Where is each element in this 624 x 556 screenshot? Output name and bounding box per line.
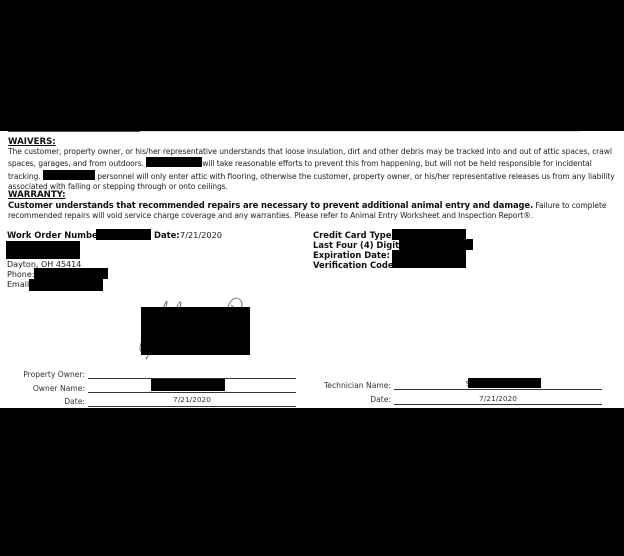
waivers-line-4: associated with falling or stepping thro… [8,182,620,192]
document-page: WAIVERS: The customer, property owner, o… [0,131,624,408]
redacted-company-name [43,170,95,180]
redacted-customer-name [6,241,80,259]
warranty-paragraph: Customer understands that recommended re… [8,200,620,222]
redacted-expiration-verification [392,250,466,268]
waivers-text: will take reasonable efforts to prevent … [202,159,592,168]
last-four-digits-label: Last Four (4) Digits: [313,240,407,250]
technician-name-line [394,389,602,390]
redacted-technician-name [468,378,541,388]
warranty-text: Failure to complete [533,201,606,210]
waivers-text: spaces, garages, and from outdoors. [8,159,144,168]
phone-label: Phone: [7,270,34,279]
waivers-text: tracking. [8,172,41,181]
redacted-email [29,279,103,291]
owner-date-line [88,406,296,407]
waivers-line-2: spaces, garages, and from outdoors. will… [8,157,620,169]
redacted-phone [34,268,108,279]
work-order-number-label: Work Order Number: [7,230,105,240]
date-value: 7/21/2020 [180,230,222,240]
redacted-signature [141,307,250,355]
redacted-work-order-number [96,229,151,240]
warranty-bold-text: Customer understands that recommended re… [8,200,533,210]
warranty-title: WARRANTY: [8,190,66,200]
property-owner-label: Property Owner: [8,370,85,379]
technician-date-value: 7/21/2020 [394,394,602,403]
technician-date-label: Date: [312,395,391,404]
owner-name-label: Owner Name: [8,384,85,393]
waivers-title: WAIVERS: [8,137,56,147]
waivers-paragraph: The customer, property owner, or his/her… [8,147,620,193]
redacted-owner-name [151,379,225,391]
owner-name-line [88,392,296,393]
verification-code-label: Verification Code: [313,260,397,270]
technician-date-line [394,404,602,405]
expiration-date-label: Expiration Date: [313,250,390,260]
technician-name-label: Technician Name: [312,381,391,390]
waivers-line-1: The customer, property owner, or his/her… [8,147,620,157]
warranty-line-2: recommended repairs will void service ch… [8,211,620,221]
waivers-line-3: tracking. personnel will only enter atti… [8,170,620,182]
owner-date-value: 7/21/2020 [88,395,296,404]
redacted-company-name [146,157,202,167]
redacted-last-four-digits [399,239,473,250]
warranty-line-1: Customer understands that recommended re… [8,200,620,211]
owner-date-label: Date: [8,397,85,406]
waivers-text: personnel will only enter attic with flo… [97,172,614,181]
credit-card-type-label: Credit Card Type: [313,230,395,240]
cut-off-text-line [140,131,580,132]
cut-off-line [8,131,140,132]
date-label: Date: [154,230,180,240]
